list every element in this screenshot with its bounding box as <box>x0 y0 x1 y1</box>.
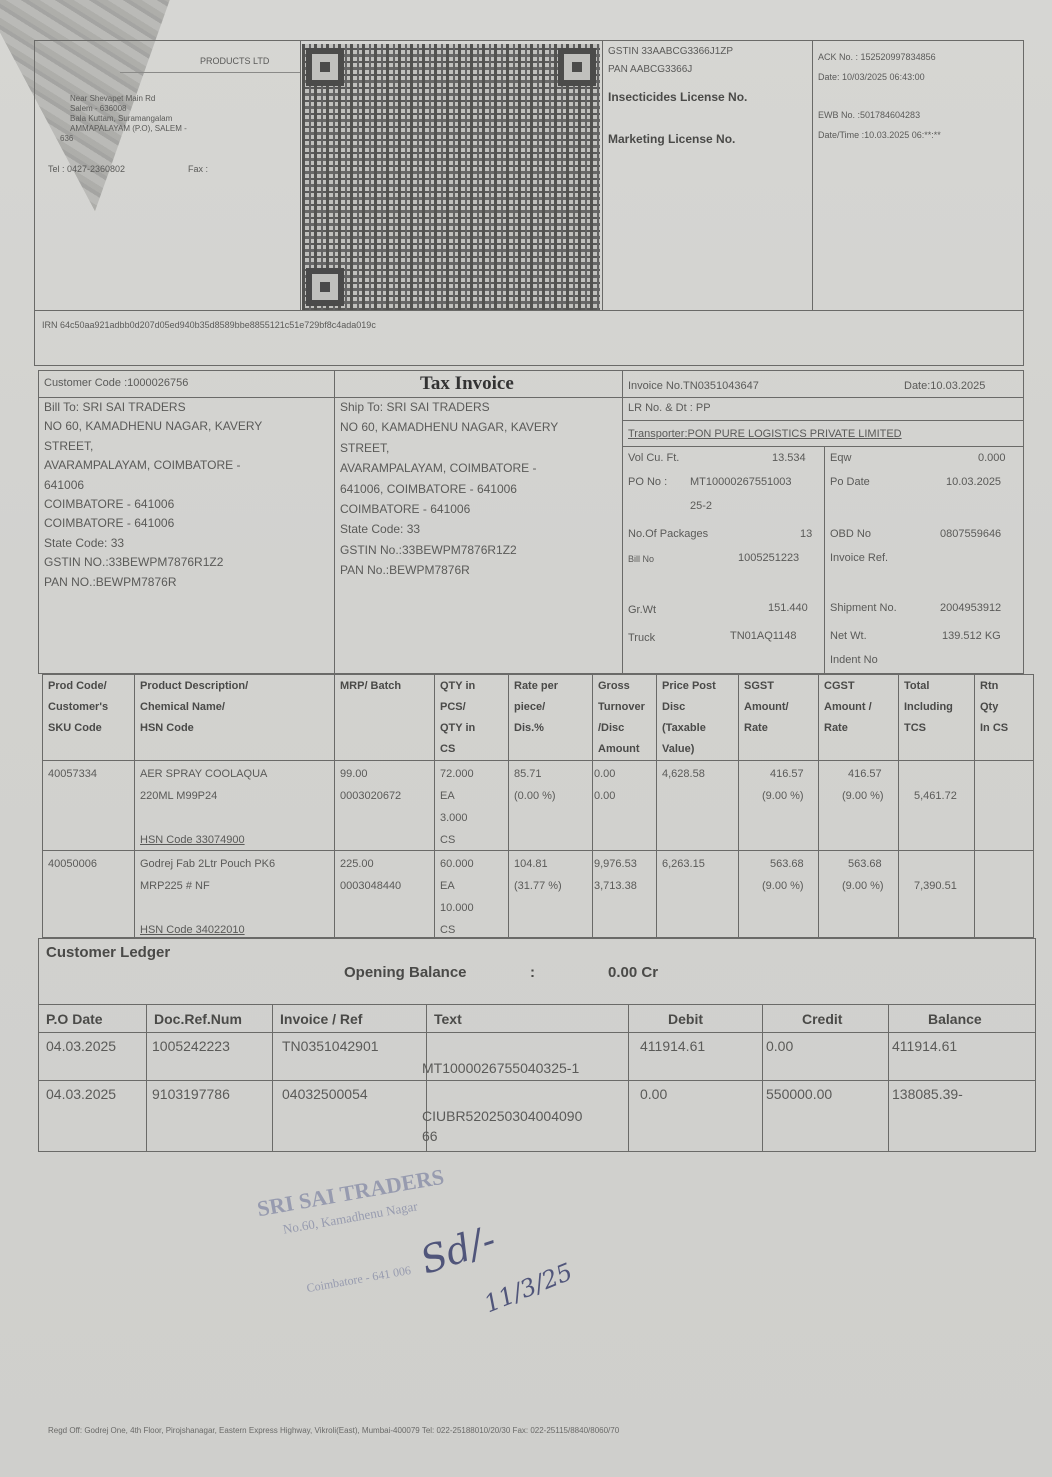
items-header-6: Value) <box>662 743 694 756</box>
transporter: Transporter:PON PURE LOGISTICS PRIVATE L… <box>628 428 902 441</box>
registered-office-footer: Regd Off: Godrej One, 4th Floor, Pirojsh… <box>48 1426 619 1435</box>
irn: IRN 64c50aa921adbb0d207d05ed940b35d8589b… <box>42 320 376 331</box>
items-header-3: QTY in <box>440 722 475 735</box>
bill-to-block: Bill To: SRI SAI TRADERS NO 60, KAMADHEN… <box>44 400 262 589</box>
packages-value: 13 <box>800 528 812 541</box>
ship-to-line: AVARAMPALAYAM, COIMBATORE - <box>340 461 558 475</box>
items-header-7: Rate <box>744 722 768 735</box>
bill-to-line: GSTIN NO.:33BEWPM7876R1Z2 <box>44 555 262 569</box>
lr-no: LR No. & Dt : PP <box>628 402 711 415</box>
bill-no-label: Bill No <box>628 554 654 565</box>
bill-to-line: COIMBATORE - 641006 <box>44 497 262 511</box>
table-row <box>42 760 1034 848</box>
einvoice-qr-code <box>302 44 600 310</box>
table-row <box>38 1080 1036 1150</box>
items-header-8: Rate <box>824 722 848 735</box>
ship-to-block: Ship To: SRI SAI TRADERS NO 60, KAMADHEN… <box>340 400 558 578</box>
net-weight-value: 139.512 KG <box>942 630 1001 643</box>
items-header-4: Dis.% <box>514 722 544 735</box>
items-header-7: SGST <box>744 680 774 693</box>
ledger-header-0: P.O Date <box>46 1011 103 1028</box>
po-date-label: Po Date <box>830 476 870 489</box>
customer-code: Customer Code :1000026756 <box>44 377 188 390</box>
items-header-6: Disc <box>662 701 685 714</box>
ship-to-line: State Code: 33 <box>340 522 558 536</box>
ship-to-line: COIMBATORE - 641006 <box>340 502 558 516</box>
items-header-5: Amount <box>598 743 640 756</box>
obd-label: OBD No <box>830 528 871 541</box>
opening-balance-label: Opening Balance <box>344 964 467 982</box>
po-value-cont: 25-2 <box>690 500 712 513</box>
items-header-9: TCS <box>904 722 926 735</box>
ewb-datetime: Date/Time :10.03.2025 06:**:** <box>818 130 941 141</box>
items-header-10: Qty <box>980 701 998 714</box>
bill-to-line: NO 60, KAMADHENU NAGAR, KAVERY <box>44 419 262 433</box>
items-header-3: QTY in <box>440 680 475 693</box>
items-header-7: Amount/ <box>744 701 789 714</box>
ship-to-line: 641006, COIMBATORE - 641006 <box>340 482 558 496</box>
items-header-1: Chemical Name/ <box>140 701 225 714</box>
bill-to-line: STREET, <box>44 439 262 453</box>
items-header-3: PCS/ <box>440 701 466 714</box>
items-header-0: Customer's <box>48 701 108 714</box>
truck-label: Truck <box>628 632 655 645</box>
ack-no: ACK No. : 152520997834856 <box>818 52 936 63</box>
gross-weight-value: 151.440 <box>768 602 808 615</box>
truck-value: TN01AQ1148 <box>730 630 796 643</box>
company-fax: Fax : <box>188 164 208 175</box>
opening-balance-value: 0.00 Cr <box>608 964 658 982</box>
invoice-number: Invoice No.TN0351043647 <box>628 380 759 393</box>
indent-label: Indent No <box>830 654 878 667</box>
ship-to-label: Ship To: SRI SAI TRADERS <box>340 400 558 414</box>
company-address-4: AMMAPALAYAM (P.O), SALEM - <box>70 124 187 134</box>
bill-to-line: COIMBATORE - 641006 <box>44 516 262 530</box>
vol-value: 13.534 <box>772 452 806 465</box>
ship-to-line: STREET, <box>340 441 558 455</box>
items-header-8: CGST <box>824 680 855 693</box>
items-header-6: Price Post <box>662 680 716 693</box>
document-title: Tax Invoice <box>420 373 514 396</box>
pan: PAN AABCG3366J <box>608 64 692 76</box>
gross-weight-label: Gr.Wt <box>628 604 656 617</box>
ledger-header-4: Debit <box>668 1011 703 1028</box>
items-header-10: In CS <box>980 722 1008 735</box>
items-header-6: (Taxable <box>662 722 706 735</box>
vol-label: Vol Cu. Ft. <box>628 452 679 465</box>
ledger-header-2: Invoice / Ref <box>280 1011 362 1028</box>
ship-to-line: PAN No.:BEWPM7876R <box>340 563 558 577</box>
ship-to-line: GSTIN No.:33BEWPM7876R1Z2 <box>340 543 558 557</box>
invoice-date: Date:10.03.2025 <box>904 380 985 393</box>
po-label: PO No : <box>628 476 667 489</box>
bill-to-line: 641006 <box>44 478 262 492</box>
ledger-header-6: Balance <box>928 1011 982 1028</box>
ledger-header-5: Credit <box>802 1011 842 1028</box>
po-date-value: 10.03.2025 <box>946 476 1001 489</box>
invoice-ref-label: Invoice Ref. <box>830 552 888 565</box>
shipment-label: Shipment No. <box>830 602 897 615</box>
company-address-3: Bala Kuttam, Suramangalam <box>70 114 172 124</box>
insecticides-license: Insecticides License No. <box>608 90 747 104</box>
eqw-value: 0.000 <box>978 452 1006 465</box>
items-header-4: piece/ <box>514 701 545 714</box>
items-header-10: Rtn <box>980 680 998 693</box>
company-tel: Tel : 0427-2360802 <box>48 164 125 175</box>
table-row <box>42 850 1034 938</box>
items-header-9: Including <box>904 701 953 714</box>
items-header-0: SKU Code <box>48 722 102 735</box>
ledger-header-1: Doc.Ref.Num <box>154 1011 242 1028</box>
marketing-license: Marketing License No. <box>608 132 735 146</box>
items-header-8: Amount / <box>824 701 872 714</box>
bill-to-label: Bill To: SRI SAI TRADERS <box>44 400 262 414</box>
ship-to-line: NO 60, KAMADHENU NAGAR, KAVERY <box>340 420 558 434</box>
obd-value: 0807559646 <box>940 528 1001 541</box>
ewb-no: EWB No. :501784604283 <box>818 110 920 121</box>
net-weight-label: Net Wt. <box>830 630 867 643</box>
items-header-3: CS <box>440 743 455 756</box>
bill-no-value: 1005251223 <box>738 552 799 565</box>
items-header-5: Gross <box>598 680 630 693</box>
bill-to-line: AVARAMPALAYAM, COIMBATORE - <box>44 458 262 472</box>
items-header-2: MRP/ Batch <box>340 680 401 693</box>
shipment-value: 2004953912 <box>940 602 1001 615</box>
items-header-5: /Disc <box>598 722 624 735</box>
items-header-5: Turnover <box>598 701 645 714</box>
items-header-4: Rate per <box>514 680 558 693</box>
company-address-5: 636 <box>60 134 73 144</box>
po-value: MT10000267551003 <box>690 476 792 489</box>
eqw-label: Eqw <box>830 452 851 465</box>
packages-label: No.Of Packages <box>628 528 708 541</box>
bill-to-line: State Code: 33 <box>44 536 262 550</box>
company-address-1: Near Shevapet Main Rd <box>70 94 155 104</box>
items-header-0: Prod Code/ <box>48 680 107 693</box>
items-header-9: Total <box>904 680 929 693</box>
ack-date: Date: 10/03/2025 06:43:00 <box>818 72 925 83</box>
company-name: PRODUCTS LTD <box>200 56 269 67</box>
gstin: GSTIN 33AABCG3366J1ZP <box>608 46 733 58</box>
items-header-1: Product Description/ <box>140 680 248 693</box>
opening-balance-sep: : <box>530 964 535 982</box>
ledger-title: Customer Ledger <box>46 944 170 962</box>
company-address-2: Salem - 636008 <box>70 104 126 114</box>
bill-to-line: PAN NO.:BEWPM7876R <box>44 575 262 589</box>
ledger-header-3: Text <box>434 1011 462 1028</box>
table-row <box>38 1032 1036 1080</box>
items-header-1: HSN Code <box>140 722 194 735</box>
